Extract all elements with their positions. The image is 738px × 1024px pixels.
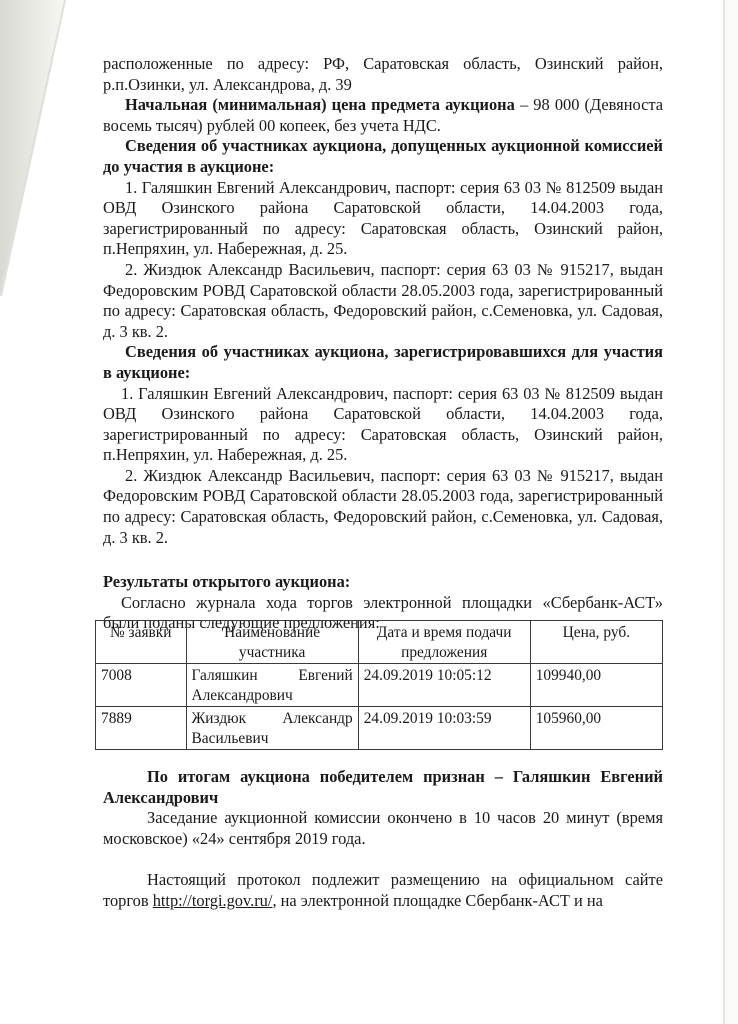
participant-name: Жиздюк Александр Васильевич: [186, 707, 358, 750]
results-heading: Результаты открытого аукциона:: [103, 572, 663, 593]
header-participant: Наименование участника: [186, 621, 358, 664]
address-continuation: расположенные по адресу: РФ, Саратовская…: [103, 54, 663, 95]
closing-paragraph: Заседание аукционной комиссии окончено в…: [103, 808, 663, 849]
publication-text-after: , на электронной площадке Сбербанк-АСТ и…: [272, 891, 602, 910]
bid-datetime: 24.09.2019 10:03:59: [358, 707, 530, 750]
start-price-label: Начальная (минимальная) цена предмета ау…: [125, 95, 515, 114]
results-conclusion: По итогам аукциона победителем признан –…: [103, 767, 663, 912]
bid-price: 105960,00: [530, 707, 662, 750]
document-body: расположенные по адресу: РФ, Саратовская…: [103, 54, 663, 634]
table-row: 7889 Жиздюк Александр Васильевич 24.09.2…: [96, 707, 663, 750]
registered-participant-1: 1. Галяшкин Евгений Александрович, паспо…: [103, 384, 663, 466]
registered-participants-heading: Сведения об участниках аукциона, зарегис…: [103, 342, 663, 383]
admitted-participant-1: 1. Галяшкин Евгений Александрович, паспо…: [103, 178, 663, 260]
publication-paragraph: Настоящий протокол подлежит размещению н…: [103, 870, 663, 911]
start-price-paragraph: Начальная (минимальная) цена предмета ау…: [103, 95, 663, 136]
bid-number: 7008: [96, 664, 187, 707]
table-header-row: № заявки Наименование участника Дата и в…: [96, 621, 663, 664]
header-price: Цена, руб.: [530, 621, 662, 664]
bid-number: 7889: [96, 707, 187, 750]
torgi-gov-link[interactable]: http://torgi.gov.ru/: [153, 891, 273, 910]
winner-paragraph: По итогам аукциона победителем признан –…: [103, 767, 663, 808]
header-datetime: Дата и время подачи предложения: [358, 621, 530, 664]
scan-margin-strip: [725, 0, 738, 1024]
bid-datetime: 24.09.2019 10:05:12: [358, 664, 530, 707]
registered-participant-2: 2. Жиздюк Александр Васильевич, паспорт:…: [103, 466, 663, 548]
admitted-participants-heading: Сведения об участниках аукциона, допущен…: [103, 136, 663, 177]
table-row: 7008 Галяшкин Евгений Александрович 24.0…: [96, 664, 663, 707]
header-bid-number: № заявки: [96, 621, 187, 664]
participant-name: Галяшкин Евгений Александрович: [186, 664, 358, 707]
bid-price: 109940,00: [530, 664, 662, 707]
winner-label: По итогам аукциона победителем признан –: [147, 767, 513, 786]
admitted-participant-2: 2. Жиздюк Александр Васильевич, паспорт:…: [103, 260, 663, 342]
bids-table: № заявки Наименование участника Дата и в…: [95, 620, 663, 750]
